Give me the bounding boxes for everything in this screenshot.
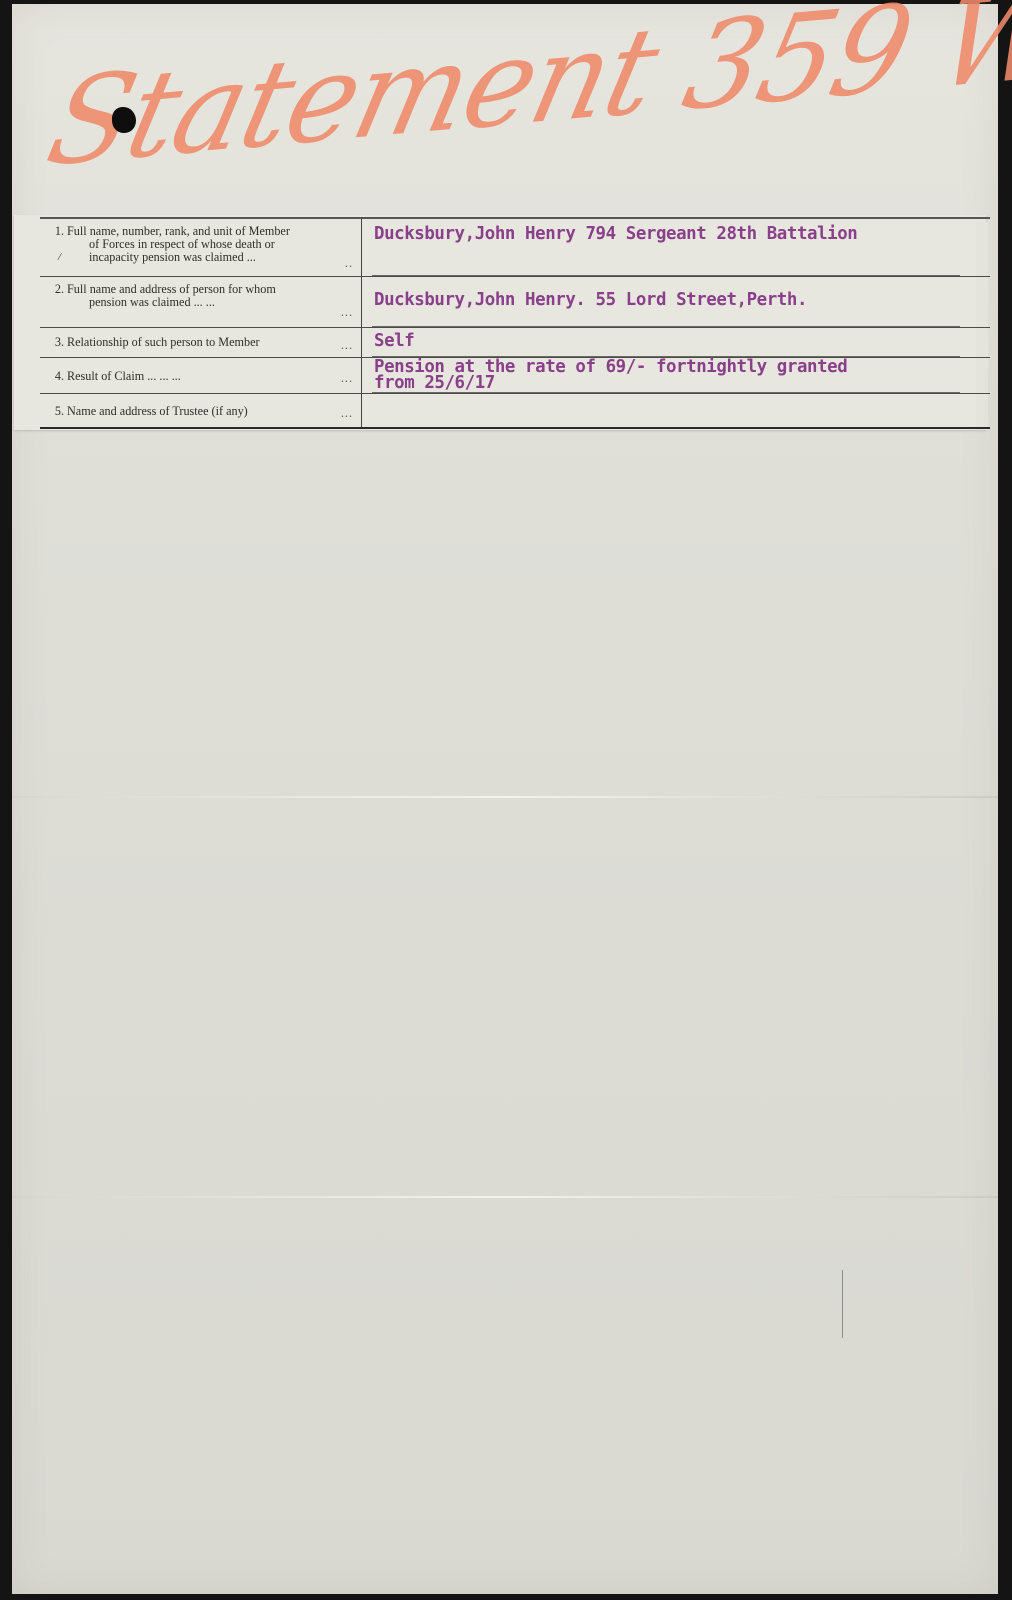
label-line: Relationship of such person to Member <box>67 335 260 349</box>
underline <box>372 326 960 327</box>
label-line: Full name, number, rank, and unit of Mem… <box>67 224 290 238</box>
label-line: pension was claimed ... ... <box>46 296 355 309</box>
field-value-claimant: Ducksbury,John Henry. 55 Lord Street,Per… <box>362 277 990 327</box>
fold-line <box>12 1196 998 1198</box>
field-label: 1.Full name, number, rank, and unit of M… <box>40 219 362 276</box>
form-row-claimant: 2.Full name and address of person for wh… <box>40 277 990 328</box>
fold-line <box>12 796 998 798</box>
pencil-mark <box>842 1270 843 1338</box>
label-line: Result of Claim ... ... ... <box>67 369 181 383</box>
form-row-trustee: 5.Name and address of Trustee (if any) .… <box>40 394 990 429</box>
field-value-member: Ducksbury,John Henry 794 Sergeant 28th B… <box>362 219 990 276</box>
underline <box>372 392 960 393</box>
field-value-relationship: Self <box>362 328 990 357</box>
form-row-relationship: 3.Relationship of such person to Member … <box>40 328 990 358</box>
field-value-trustee <box>362 394 990 427</box>
underline <box>372 275 960 276</box>
form-row-member: 1.Full name, number, rank, and unit of M… <box>40 219 990 277</box>
field-label: 3.Relationship of such person to Member … <box>40 328 362 357</box>
label-line: Name and address of Trustee (if any) <box>67 404 248 418</box>
field-label: 4.Result of Claim ... ... ... ... <box>40 358 362 393</box>
field-label: 5.Name and address of Trustee (if any) .… <box>40 394 362 427</box>
form-row-result: 4.Result of Claim ... ... ... ... Pensio… <box>40 358 990 394</box>
punch-hole <box>112 107 136 133</box>
margin-mark: / <box>58 251 61 264</box>
claim-form-table: 1.Full name, number, rank, and unit of M… <box>40 217 990 429</box>
field-label: 2.Full name and address of person for wh… <box>40 277 362 327</box>
label-line: incapacity pension was claimed ... <box>46 251 355 264</box>
field-value-result: Pension at the rate of 69/- fortnightly … <box>362 358 990 393</box>
label-line: Full name and address of person for whom <box>67 282 276 296</box>
